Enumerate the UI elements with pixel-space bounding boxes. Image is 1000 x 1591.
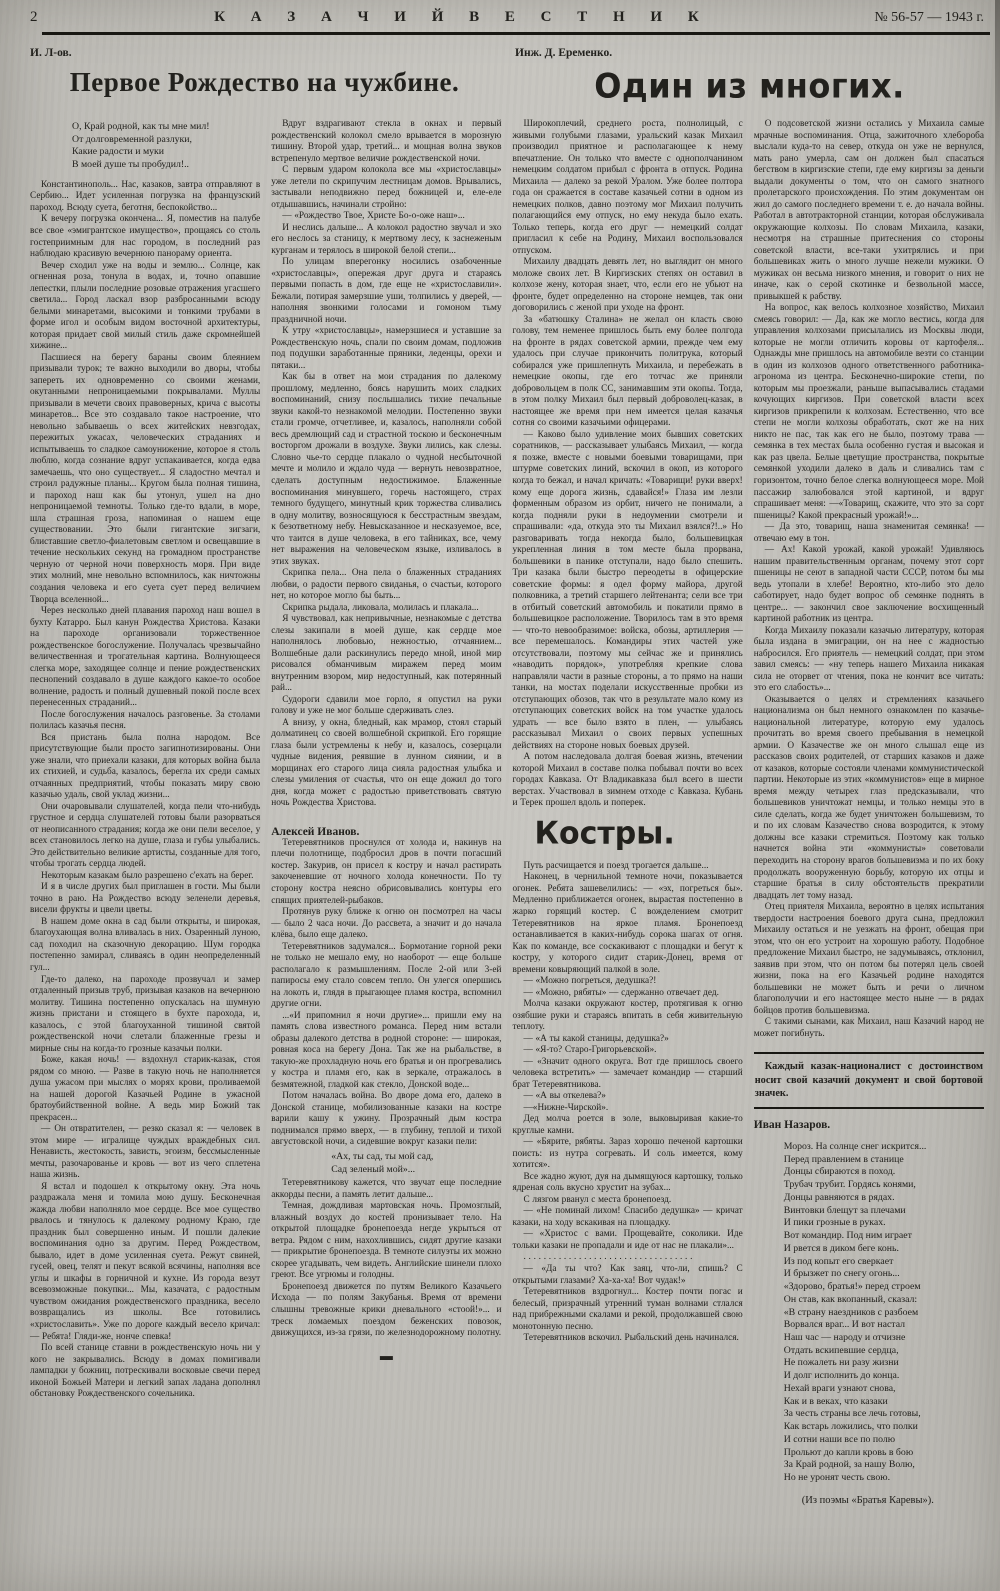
- verse-line: И сотни наши все по полю: [784, 1434, 984, 1447]
- verse-line: Как и в веках, что казаки: [784, 1396, 984, 1409]
- paragraph: Тетеревятников вздрогнул... Костер почти…: [513, 1287, 743, 1333]
- verse-line: За честь страны все лечь готовы,: [784, 1408, 984, 1421]
- paragraph: Тетеревятникову кажется, что звучат еще …: [271, 1178, 501, 1201]
- column-3: Широкоплечий, среднего роста, полнолицый…: [513, 119, 743, 1506]
- newspaper-title: К А З А Ч И Й В Е С Т Н И К: [214, 9, 710, 26]
- paragraph: — «Да ты что? Как заяц, что-ли, спишь? С…: [513, 1264, 743, 1287]
- paragraph: Боже, какая ночь! — вздохнул старик-каза…: [30, 1055, 260, 1124]
- verse-line: И долг исполнить до конца.: [784, 1370, 984, 1383]
- paragraph: — «Христос с вами. Прощевайте, соколики.…: [513, 1229, 743, 1252]
- column-4: О подсоветской жизни остались у Михаила …: [754, 119, 984, 1506]
- verse-line: Прольют до капли кровь в бою: [784, 1447, 984, 1460]
- verse-line: Донцы сбираются в поход.: [784, 1166, 984, 1179]
- paragraph: — Да это, товарищ, наша знаменитая семян…: [754, 522, 984, 545]
- paragraph: Все жадно жуют, дуя на дымящуюся картошк…: [513, 1172, 743, 1195]
- paragraph: Тетеревятников задумался... Бормотание г…: [271, 942, 501, 1011]
- article2-header: Инж. Д. Еременко. Один из многих.: [515, 47, 984, 105]
- verse-line: Ворвался враг... И вот настал: [784, 1319, 984, 1332]
- paragraph: С такими сынами, как Михаил, наш Казачий…: [754, 1017, 984, 1040]
- column-grid: О, Край родной, как ты мне мил!От долгов…: [0, 107, 1000, 1506]
- paragraph: — «А вы откелева?»: [513, 1091, 743, 1103]
- page-number: 2: [30, 9, 38, 26]
- verse-line: Он став, как вкопанный, сказал:: [784, 1294, 984, 1307]
- article1-epigraph: О, Край родной, как ты мне мил!От долгов…: [72, 121, 260, 172]
- paragraph: С лязгом рванул с места бронепоезд.: [513, 1195, 743, 1207]
- article1-col1-text: Константинополь... Нас, казаков, завтра …: [30, 180, 260, 1401]
- paragraph: Оказывается о целях и стремлениях казачь…: [754, 695, 984, 902]
- verse-line: Перед правлением в станице: [784, 1154, 984, 1167]
- verse-line: За Край родной, за нашу Волю,: [784, 1459, 984, 1472]
- verse-line: Донцы равняются в рядах.: [784, 1192, 984, 1205]
- verse-line: Не пожалеть ни разу жизни: [784, 1357, 984, 1370]
- article-end-mark: ▬: [271, 1348, 501, 1364]
- article3-col2b-text: Тетеревятникову кажется, что звучат еще …: [271, 1178, 501, 1339]
- paragraph: — «Я-то? Старо-Григорьевской».: [513, 1045, 743, 1057]
- verse-line: И пики грозные в руках.: [784, 1217, 984, 1230]
- paragraph: — «Можно погреться, дедушка?!: [513, 976, 743, 988]
- paragraph: И неслись дальше... А колокол радостно з…: [271, 223, 501, 258]
- paragraph: Через несколько дней плавания пароход на…: [30, 606, 260, 710]
- paragraph: За «батюшку Сталина» не желал он класть …: [513, 315, 743, 430]
- article2-col3-text: Широкоплечий, среднего роста, полнолицый…: [513, 119, 743, 810]
- paragraph: — Каково было удивление моих бывших сове…: [513, 430, 743, 752]
- paragraph: — «Можно, рябяты» — сдержанно отвечает д…: [513, 988, 743, 1000]
- verse-line: Сад зеленый мой»...: [331, 1164, 501, 1177]
- newspaper-page: 2 К А З А Ч И Й В Е С Т Н И К № 56-57 — …: [0, 0, 1000, 1591]
- article2-headline: Один из многих.: [515, 66, 984, 106]
- paragraph: Дед молча роется в золе, выковыривая как…: [513, 1114, 743, 1137]
- verse-line: Мороз. На солнце снег искрится...: [784, 1141, 984, 1154]
- paragraph: — Ах! Какой урожай, какой урожай! Удивля…: [754, 545, 984, 626]
- paragraph: На вопрос, как велось колхозное хозяйств…: [754, 303, 984, 522]
- paragraph: Вдруг вздрагивают стекла в окнах и первы…: [271, 119, 501, 165]
- paragraph: С первым ударом колокола все мы «христос…: [271, 165, 501, 211]
- verse-line: Винтовки блещут за плечами: [784, 1205, 984, 1218]
- paragraph: Где-то далеко, на пароходе прозвучал и з…: [30, 975, 260, 1056]
- paragraph: К утру «христославцы», намерзшиеся и уст…: [271, 326, 501, 372]
- article3-song: «Ах, ты сад, ты мой сад,Сад зеленый мой»…: [331, 1151, 501, 1176]
- paragraph: . . . . . . . . . . . . . . . . . . . . …: [513, 1252, 743, 1264]
- paragraph: Когда Михаилу показали казачью литератур…: [754, 626, 984, 695]
- article2-col4-text: О подсоветской жизни остались у Михаила …: [754, 119, 984, 1040]
- paragraph: Вечер сходил уже на воды и землю... Солн…: [30, 261, 260, 353]
- article1-headline: Первое Рождество на чужбине.: [30, 67, 499, 98]
- verse-line: Как встарь ложились, что полки: [784, 1421, 984, 1434]
- paragraph: По улицам вперегонку носились озабоченны…: [271, 257, 501, 326]
- issue-number: № 56-57 — 1943 г.: [874, 10, 984, 26]
- paragraph: Они очаровывали слушателей, когда пели ч…: [30, 802, 260, 871]
- paragraph: К вечеру погрузка окончена... Я, помести…: [30, 214, 260, 260]
- paragraph: Скрипка пела... Она пела о блаженных стр…: [271, 568, 501, 603]
- paragraph: А внизу, у окна, бледный, как мрамор, ст…: [271, 718, 501, 810]
- paragraph: Вся пристань была полна народом. Все при…: [30, 733, 260, 802]
- verse-line: Нехай враги узнают снова,: [784, 1383, 984, 1396]
- paragraph: Темная, дождливая мартовская ночь. Промо…: [271, 1201, 501, 1282]
- notice-box: Каждый казак-националист с достоинством …: [754, 1052, 984, 1109]
- paragraph: О подсоветской жизни остались у Михаила …: [754, 119, 984, 303]
- poem-text: Мороз. На солнце снег искрится...Перед п…: [784, 1141, 984, 1485]
- paragraph: Наконец, в чернильной темноте ночи, пока…: [513, 872, 743, 976]
- verse-line: И брызжет по снегу огонь...: [784, 1268, 984, 1281]
- article3-headline: Костры.: [467, 815, 743, 852]
- paragraph: — «А ты какой станицы, дедушка?»: [513, 1034, 743, 1046]
- verse-line: В моей душе ты пробудил!..: [72, 159, 260, 172]
- paragraph: Путь расчищается и поезд трогается дальш…: [513, 861, 743, 873]
- paragraph: А потом наследовала долгая боевая жизнь,…: [513, 752, 743, 810]
- verse-line: «В страну наездников с разбоем: [784, 1307, 984, 1320]
- verse-line: «Ах, ты сад, ты мой сад,: [331, 1151, 501, 1164]
- paragraph: И я в числе других был приглашен в гости…: [30, 882, 260, 917]
- verse-line: Вот командир. Под ним играет: [784, 1230, 984, 1243]
- paragraph: Константинополь... Нас, казаков, завтра …: [30, 180, 260, 215]
- paragraph: — «Не поминай лихом! Спасибо дедушка» — …: [513, 1206, 743, 1229]
- paragraph: ...«И припомнил я ночи другие»... пришли…: [271, 1011, 501, 1092]
- verse-line: Трубач трубит. Гордясь конями,: [784, 1179, 984, 1192]
- paragraph: Тетеревятников вскочил. Рыбальский день …: [513, 1333, 743, 1345]
- paragraph: — «Значит одного округа. Вот где пришлос…: [513, 1057, 743, 1092]
- column-2: Вдруг вздрагивают стекла в окнах и первы…: [271, 119, 501, 1506]
- article1-col2-text: Вдруг вздрагивают стекла в окнах и первы…: [271, 119, 501, 810]
- column-1: О, Край родной, как ты мне мил!От долгов…: [30, 119, 260, 1506]
- paragraph: — «Рождество Твое, Христе Бо-о-оже наш».…: [271, 211, 501, 223]
- verse-line: Отдать вскипевшие сердца,: [784, 1345, 984, 1358]
- paragraph: По всей станице ставни в рождественскую …: [30, 1343, 260, 1401]
- paragraph: — «Бярите, рябяты. Зараз хорошо печеной …: [513, 1137, 743, 1172]
- verse-line: Но не уронят честь свою.: [784, 1472, 984, 1485]
- article2-byline: Инж. Д. Еременко.: [515, 47, 984, 59]
- paragraph: Михаилу двадцать девять лет, но выглядит…: [513, 257, 743, 315]
- verse-line: И рвется в диком беге конь.: [784, 1243, 984, 1256]
- poem-byline: Иван Назаров.: [754, 1119, 984, 1131]
- paragraph: Отец приятеля Михаила, вероятно в целях …: [754, 902, 984, 1017]
- verse-line: «Здорово, братья!» перед строем: [784, 1281, 984, 1294]
- paragraph: Молча казаки окружают костер, протягивая…: [513, 999, 743, 1034]
- verse-line: Наш час — народу и отчизне: [784, 1332, 984, 1345]
- masthead: 2 К А З А Ч И Й В Е С Т Н И К № 56-57 — …: [0, 0, 1000, 29]
- article1-byline: И. Л-ов.: [30, 47, 499, 59]
- paragraph: Бронепоезд движется по путям Великого Ка…: [271, 1282, 501, 1340]
- paragraph: В нашем доме окна в сад были открыты, и …: [30, 917, 260, 975]
- paragraph: Некоторым казакам было разрешено с'ехать…: [30, 871, 260, 883]
- article1-header: И. Л-ов. Первое Рождество на чужбине.: [30, 47, 499, 105]
- paragraph: Протянув руку ближе к огню он посмотрел …: [271, 907, 501, 942]
- paragraph: Широкоплечий, среднего роста, полнолицый…: [513, 119, 743, 257]
- paragraph: —«Нижне-Чирской».: [513, 1103, 743, 1115]
- verse-line: О, Край родной, как ты мне мил!: [72, 121, 260, 134]
- paragraph: Потом началась война. Во дворе дома его,…: [271, 1091, 501, 1149]
- paragraph: Как бы в ответ на мои страдания по далек…: [271, 372, 501, 568]
- paragraph: После богослужения началось разговенье. …: [30, 710, 260, 733]
- paragraph: — Он отвратителен, — резко сказал я: — ч…: [30, 1124, 260, 1182]
- verse-line: Из под копыт его сверкает: [784, 1256, 984, 1269]
- paragraph: Я чувствовал, как непривычные, незнакомы…: [271, 614, 501, 695]
- article3-col2a-text: Тетеревятников проснулся от холода и, на…: [271, 838, 501, 1149]
- paragraph: Я встал и подошел к открытому окну. Эта …: [30, 1182, 260, 1343]
- article3-col3-text: Путь расчищается и поезд трогается дальш…: [513, 861, 743, 1345]
- poem-attribution: (Из поэмы «Братья Каревы»).: [802, 1495, 984, 1506]
- verse-line: Какие радости и муки: [72, 146, 260, 159]
- paragraph: Пасшиеся на берегу бараны своим блеянием…: [30, 353, 260, 606]
- verse-line: От долговременной разлуки,: [72, 134, 260, 147]
- headline-row: И. Л-ов. Первое Рождество на чужбине. Ин…: [0, 35, 1000, 107]
- paragraph: Скрипка рыдала, ликовала, молилась и пла…: [271, 603, 501, 615]
- paragraph: Судороги сдавили мое горло, я опустил на…: [271, 695, 501, 718]
